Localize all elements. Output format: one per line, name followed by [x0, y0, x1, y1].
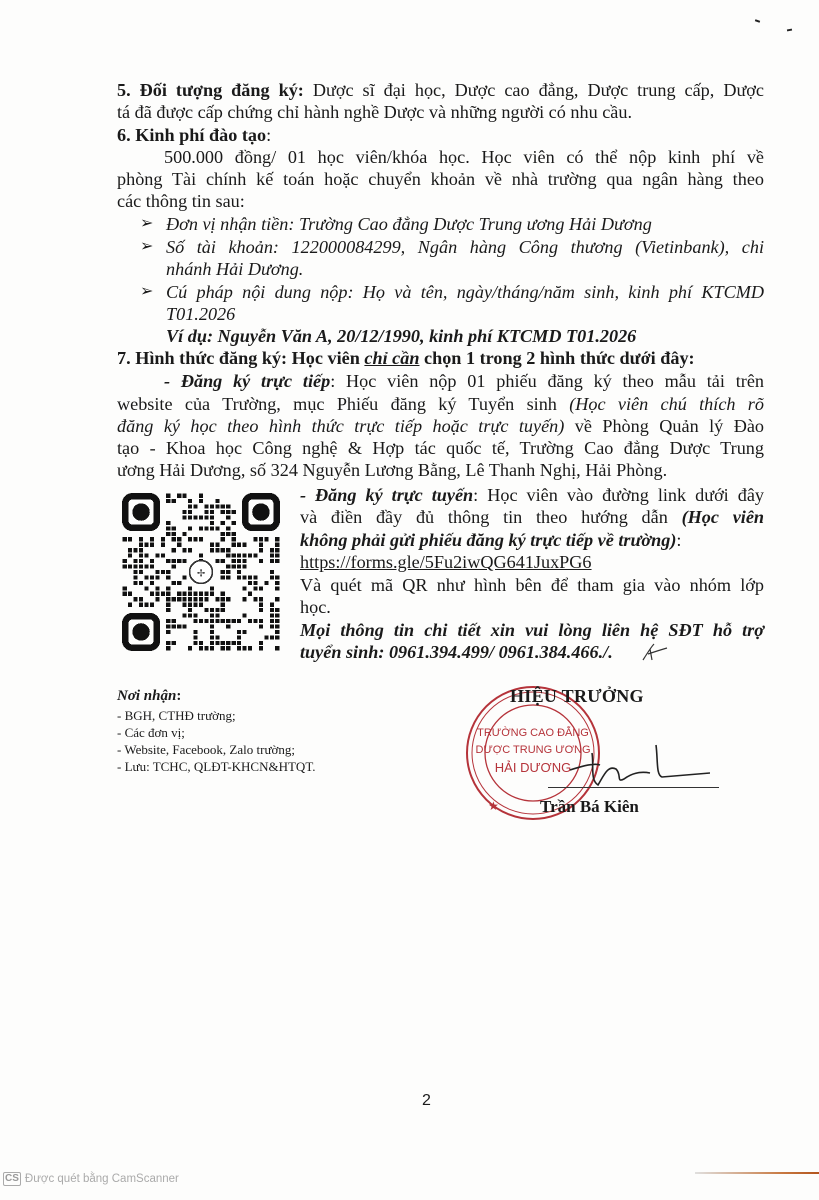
bullet-account-line-2: nhánh Hải Dương. — [166, 258, 303, 281]
svg-text:✢: ✢ — [197, 568, 205, 579]
section-6-line-3: các thông tin sau: — [117, 190, 245, 213]
payment-example: Ví dụ: Nguyễn Văn A, 20/12/1990, kinh ph… — [166, 325, 636, 348]
initials-mark-icon — [640, 640, 670, 664]
camscanner-logo-icon: CS — [3, 1172, 21, 1186]
signature-line — [548, 787, 719, 788]
bullet-payee: Đơn vị nhận tiền: Trường Cao đẳng Dược T… — [166, 213, 652, 236]
online-registration-line-1: - Đăng ký trực tuyến: Học viên vào đường… — [300, 484, 764, 507]
section-6-heading: 6. Kinh phí đào tạo: — [117, 124, 271, 147]
direct-registration-label: - Đăng ký trực tiếp — [164, 371, 330, 391]
signatory-name: Trần Bá Kiên — [540, 797, 639, 817]
camscanner-watermark: CS Được quét bằng CamScanner — [3, 1172, 179, 1186]
signatory-title: HIỆU TRƯỞNG — [510, 686, 644, 707]
section-5-line-1: 5. Đối tượng đăng ký: Dược sĩ đại học, D… — [117, 79, 764, 102]
section-5-heading: 5. Đối tượng đăng ký: — [117, 80, 304, 100]
recipients-heading: Nơi nhận: — [117, 688, 181, 705]
online-registration-label: - Đăng ký trực tuyến — [300, 485, 473, 505]
bullet-syntax-line-2: T01.2026 — [166, 303, 235, 326]
bullet-syntax-line-1: Cú pháp nội dung nộp: Họ và tên, ngày/th… — [166, 281, 764, 304]
direct-registration-line-5: ương Hải Dương, số 324 Nguyễn Lương Bằng… — [117, 459, 667, 482]
section-6-line-1: 500.000 đồng/ 01 học viên/khóa học. Học … — [164, 146, 764, 169]
emphasis-only-need: chỉ cần — [364, 348, 419, 368]
recipient-item: - Các đơn vị; — [117, 725, 185, 742]
direct-registration-line-2: website của Trường, mục Phiếu đăng ký Tu… — [117, 393, 764, 416]
document-page: 5. Đối tượng đăng ký: Dược sĩ đại học, D… — [0, 0, 819, 1200]
qr-code[interactable]: ✢ — [122, 493, 280, 651]
qr-instruction-line-1: Và quét mã QR như hình bên để tham gia v… — [300, 574, 764, 597]
page-number: 2 — [422, 1092, 431, 1110]
signature-scribble — [560, 735, 710, 795]
online-registration-line-2: và điền đầy đủ thông tin theo hướng dẫn … — [300, 506, 764, 529]
scan-speck — [787, 29, 792, 32]
arrow-bullet-icon: ➢ — [140, 281, 153, 304]
section-6-line-2: phòng Tài chính kế toán hoặc chuyển khoả… — [117, 168, 764, 191]
scan-edge-line — [695, 1172, 819, 1174]
recipient-item: - BGH, CTHĐ trường; — [117, 708, 236, 725]
scan-speck — [755, 19, 760, 23]
arrow-bullet-icon: ➢ — [140, 213, 153, 236]
contact-line-1: Mọi thông tin chi tiết xin vui lòng liên… — [300, 619, 764, 642]
recipient-item: - Lưu: TCHC, QLĐT-KHCN&HTQT. — [117, 759, 316, 776]
section-7-heading: 7. Hình thức đăng ký: Học viên chỉ cần c… — [117, 347, 695, 370]
qr-instruction-line-2: học. — [300, 596, 331, 619]
svg-text:★: ★ — [488, 799, 499, 813]
recipient-item: - Website, Facebook, Zalo trường; — [117, 742, 295, 759]
registration-form-link[interactable]: https://forms.gle/5Fu2iwQG641JuxPG6 — [300, 551, 592, 574]
contact-line-2: tuyển sinh: 0961.394.499/ 0961.384.466./… — [300, 641, 613, 664]
direct-registration-line-1: - Đăng ký trực tiếp: Học viên nộp 01 phi… — [164, 370, 764, 393]
bullet-account-line-1: Số tài khoản: 122000084299, Ngân hàng Cô… — [166, 236, 764, 259]
direct-registration-line-4: tạo - Khoa học Công nghệ & Hợp tác quốc … — [117, 437, 764, 460]
online-registration-line-3: không phải gửi phiếu đăng ký trực tiếp v… — [300, 529, 681, 552]
section-5-line-2: tá đã được cấp chứng chỉ hành nghề Dược … — [117, 101, 632, 124]
camscanner-text: Được quét bằng CamScanner — [25, 1173, 179, 1185]
direct-registration-line-3: đăng ký học theo hình thức trực tiếp hoặ… — [117, 415, 764, 438]
arrow-bullet-icon: ➢ — [140, 236, 153, 259]
